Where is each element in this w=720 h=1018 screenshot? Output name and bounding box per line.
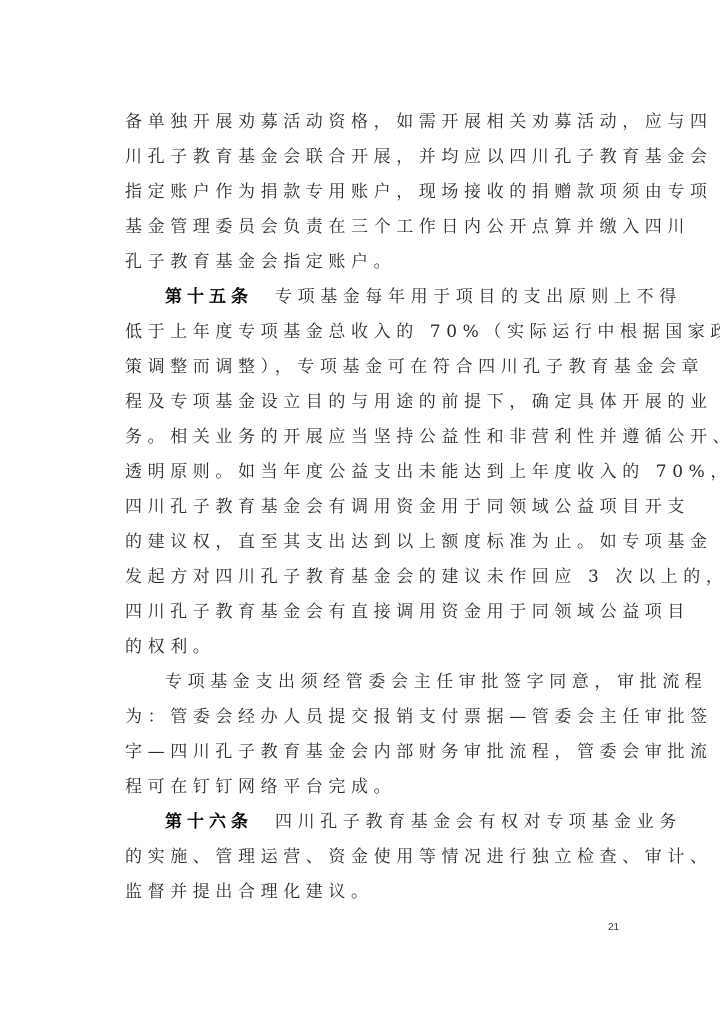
document-page: 备单独开展劝募活动资格，如需开展相关劝募活动，应与四 川孔子教育基金会联合开展，… (0, 0, 720, 1018)
text-line: 发起方对四川孔子教育基金会的建议未作回应 3 次以上的， (125, 560, 627, 595)
text-line: 四川孔子教育基金会有调用资金用于同领域公益项目开支 (125, 490, 627, 525)
text-line: 监督并提出合理化建议。 (125, 875, 627, 910)
text-line: 字—四川孔子教育基金会内部财务审批流程，管委会审批流 (125, 735, 627, 770)
text-span: 专项基金每年用于项目的支出原则上不得 (275, 287, 682, 307)
text-line: 基金管理委员会负责在三个工作日内公开点算并缴入四川 (125, 210, 627, 245)
text-span: 四川孔子教育基金会有权对专项基金业务 (275, 812, 682, 832)
article-16: 第十六条四川孔子教育基金会有权对专项基金业务 的实施、管理运营、资金使用等情况进… (125, 805, 627, 910)
text-line: 低于上年度专项基金总收入的 70%（实际运行中根据国家政 (125, 315, 627, 350)
text-line: 孔子教育基金会指定账户。 (125, 245, 627, 280)
page-number: 21 (608, 922, 619, 933)
text-line: 务。相关业务的开展应当坚持公益性和非营利性并遵循公开、 (125, 420, 627, 455)
article-first-line: 第十五条专项基金每年用于项目的支出原则上不得 (125, 280, 627, 315)
text-line: 策调整而调整），专项基金可在符合四川孔子教育基金会章 (125, 350, 627, 385)
text-line: 程可在钉钉网络平台完成。 (125, 770, 627, 805)
text-line: 指定账户作为捐款专用账户，现场接收的捐赠款项须由专项 (125, 175, 627, 210)
text-line: 备单独开展劝募活动资格，如需开展相关劝募活动，应与四 (125, 105, 627, 140)
paragraph-approval-process: 专项基金支出须经管委会主任审批签字同意，审批流程 为：管委会经办人员提交报销支付… (125, 665, 627, 805)
article-heading: 第十五条 (165, 287, 253, 307)
page-body: 备单独开展劝募活动资格，如需开展相关劝募活动，应与四 川孔子教育基金会联合开展，… (125, 105, 627, 910)
text-line: 透明原则。如当年度公益支出未能达到上年度收入的 70%， (125, 455, 627, 490)
article-heading: 第十六条 (165, 812, 253, 832)
paragraph-continuation: 备单独开展劝募活动资格，如需开展相关劝募活动，应与四 川孔子教育基金会联合开展，… (125, 105, 627, 280)
text-line: 的实施、管理运营、资金使用等情况进行独立检查、审计、 (125, 840, 627, 875)
text-line: 的权利。 (125, 630, 627, 665)
text-line: 专项基金支出须经管委会主任审批签字同意，审批流程 (125, 665, 627, 700)
text-line: 的建议权，直至其支出达到以上额度标准为止。如专项基金 (125, 525, 627, 560)
article-first-line: 第十六条四川孔子教育基金会有权对专项基金业务 (125, 805, 627, 840)
text-line: 川孔子教育基金会联合开展，并均应以四川孔子教育基金会 (125, 140, 627, 175)
article-15: 第十五条专项基金每年用于项目的支出原则上不得 低于上年度专项基金总收入的 70%… (125, 280, 627, 665)
text-line: 四川孔子教育基金会有直接调用资金用于同领域公益项目 (125, 595, 627, 630)
text-line: 程及专项基金设立目的与用途的前提下，确定具体开展的业 (125, 385, 627, 420)
text-line: 为：管委会经办人员提交报销支付票据—管委会主任审批签 (125, 700, 627, 735)
